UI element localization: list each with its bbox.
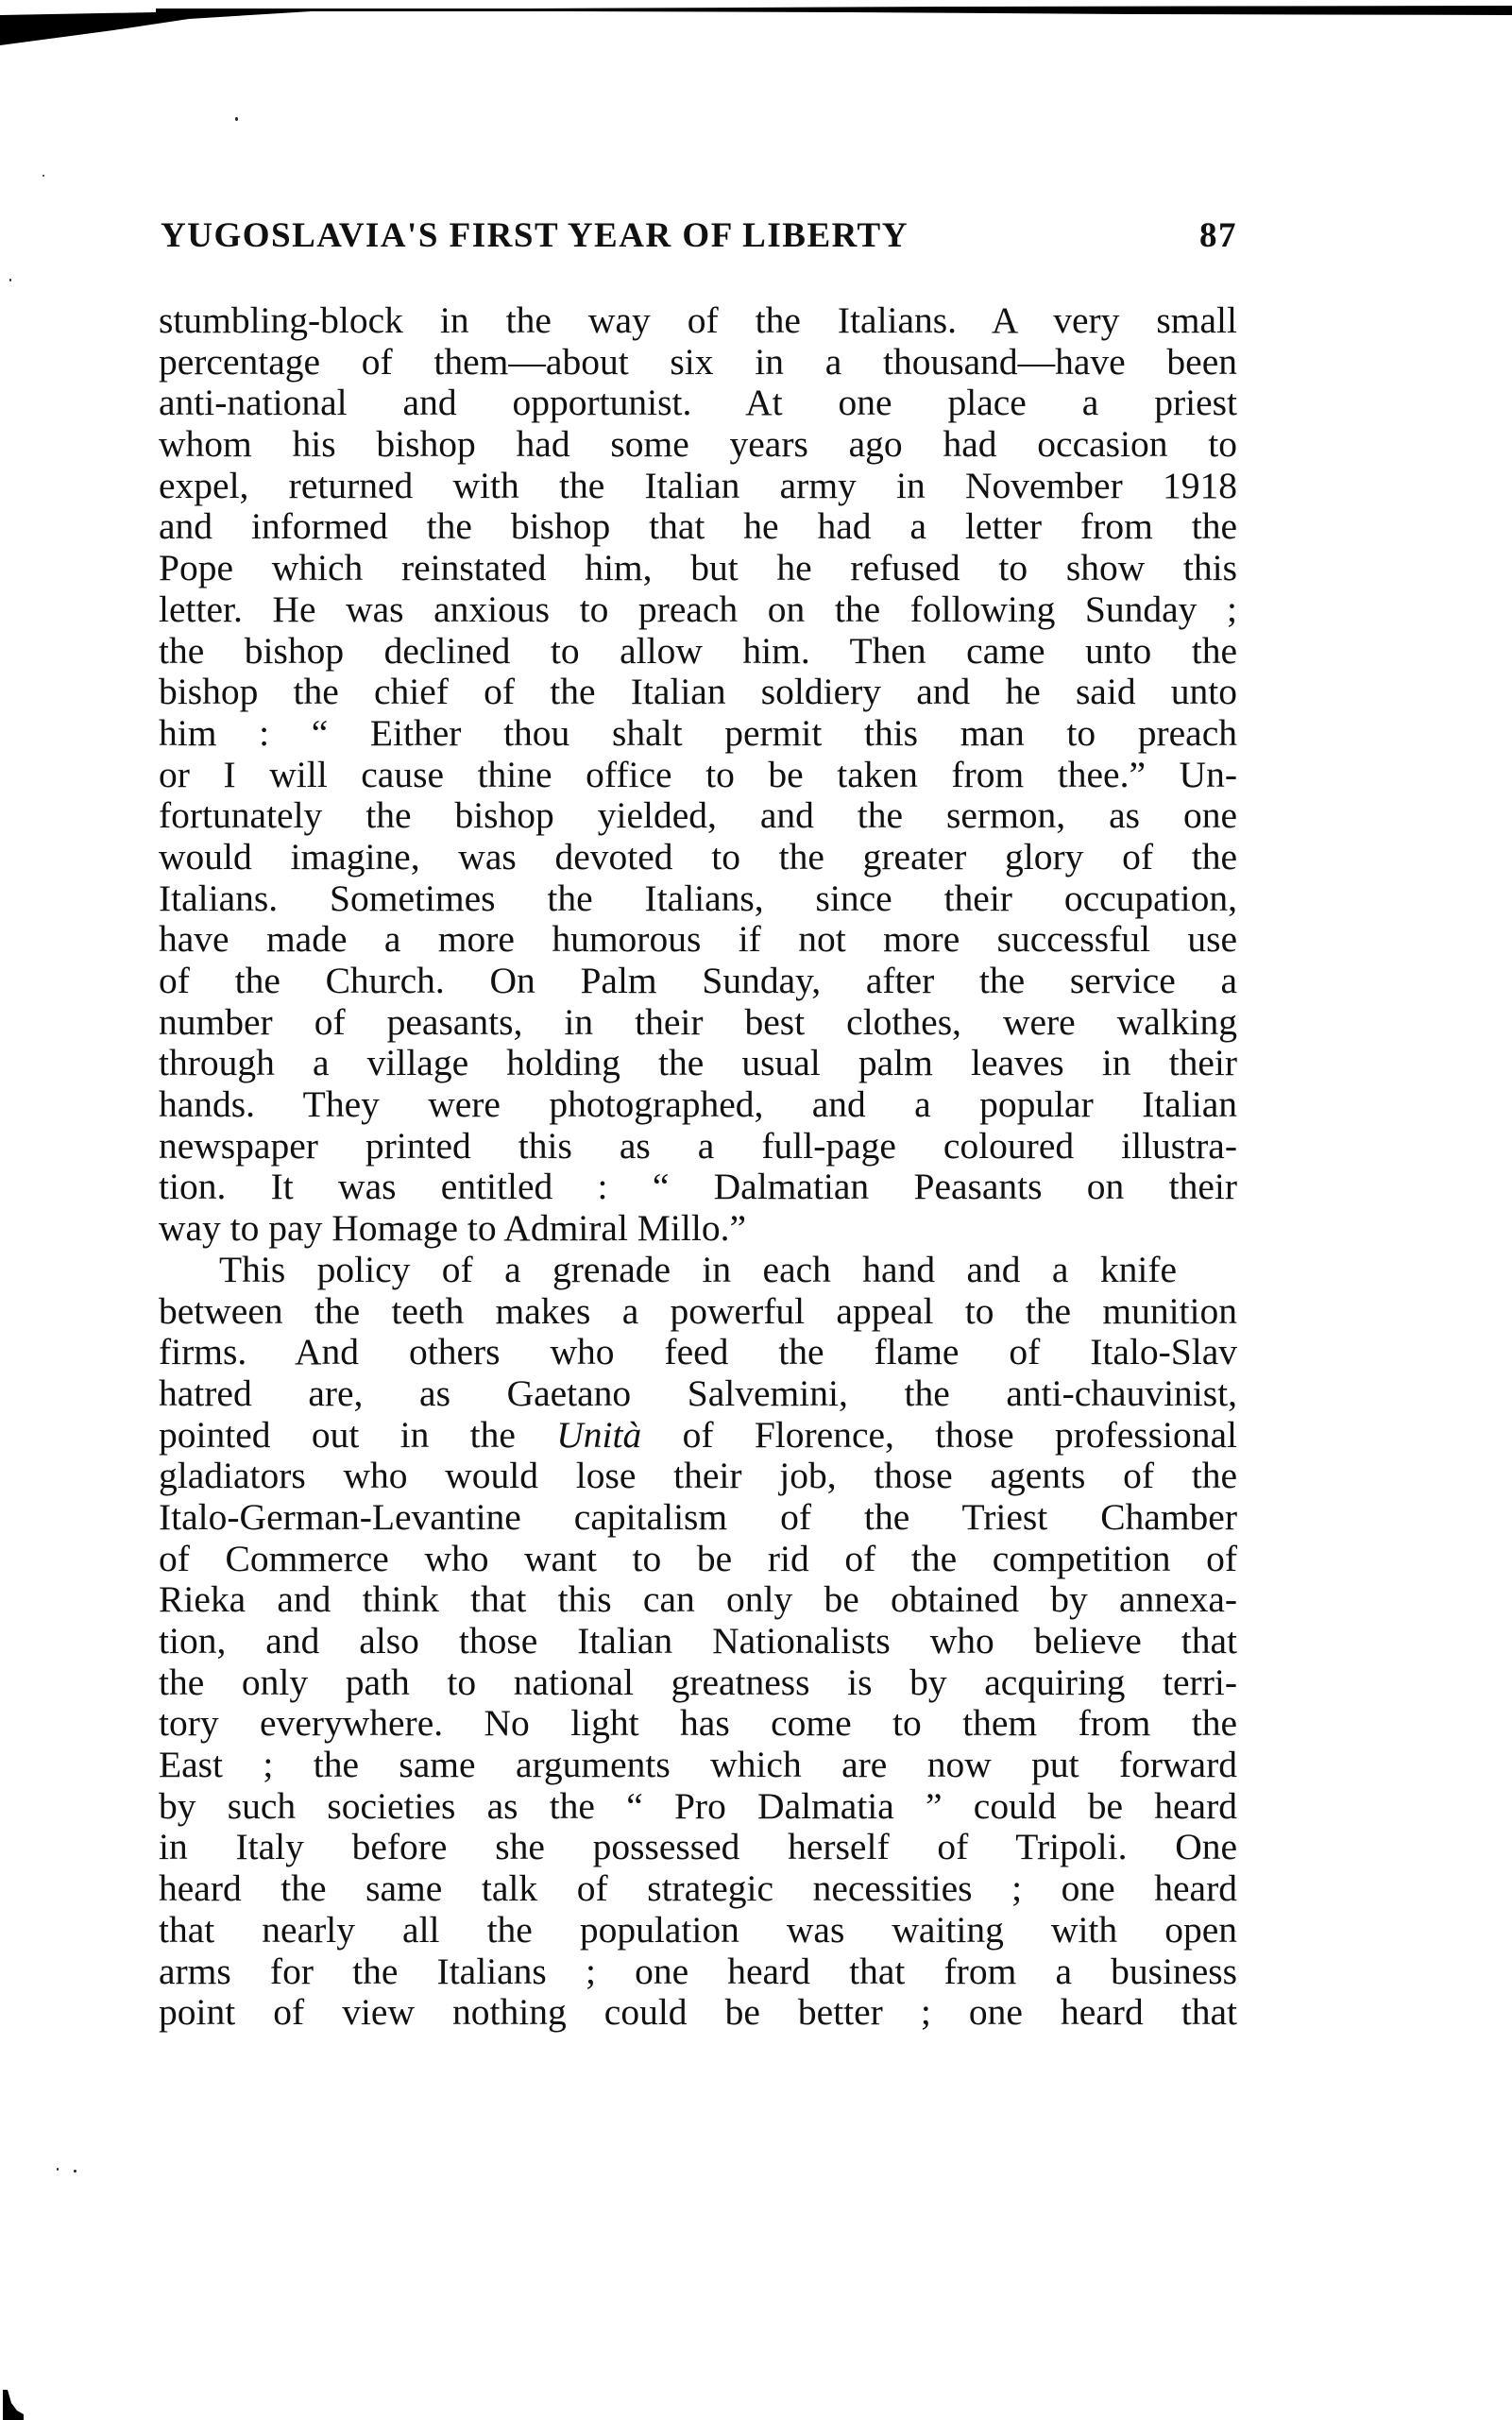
text-line: way to pay Homage to Admiral Millo.”: [159, 1208, 1237, 1250]
scan-shadow-bottom: [0, 2390, 28, 2420]
body-text: stumbling-block in the way of the Italia…: [159, 300, 1237, 2034]
scan-speck: [9, 279, 11, 281]
text-line: letter. He was anxious to preach on the …: [159, 589, 1237, 631]
text-line: have made a more humorous if not more su…: [159, 919, 1237, 961]
text-line: pointed out in the Unità of Florence, th…: [159, 1415, 1237, 1457]
scan-speck: [74, 2170, 76, 2173]
text-line: expel, returned with the Italian army in…: [159, 466, 1237, 507]
text-line: Pope which reinstated him, but he refuse…: [159, 548, 1237, 589]
text-line: gladiators who would lose their job, tho…: [159, 1456, 1237, 1497]
text-line: or I will cause thine office to be taken…: [159, 755, 1237, 796]
text-line: tion. It was entitled : “ Dalmatian Peas…: [159, 1167, 1237, 1208]
text-line: arms for the Italians ; one heard that f…: [159, 1951, 1237, 1993]
text-line: that nearly all the population was waiti…: [159, 1910, 1237, 1951]
text-line: stumbling-block in the way of the Italia…: [159, 300, 1237, 342]
text-line: would imagine, was devoted to the greate…: [159, 837, 1237, 878]
scan-speck: [235, 117, 238, 121]
text-line: Italians. Sometimes the Italians, since …: [159, 878, 1237, 920]
text-line: bishop the chief of the Italian soldiery…: [159, 672, 1237, 713]
running-head: YUGOSLAVIA'S FIRST YEAR OF LIBERTY 87: [161, 215, 1237, 263]
scan-shadow-top: [0, 0, 1512, 47]
text-line: through a village holding the usual palm…: [159, 1043, 1237, 1084]
text-line: in Italy before she possessed herself of…: [159, 1827, 1237, 1868]
text-line: by such societies as the “ Pro Dalmatia …: [159, 1786, 1237, 1828]
page-number: 87: [1199, 215, 1237, 256]
text-line: of the Church. On Palm Sunday, after the…: [159, 961, 1237, 1002]
text-line: fortunately the bishop yielded, and the …: [159, 795, 1237, 837]
text-line: between the teeth makes a powerful appea…: [159, 1291, 1237, 1333]
text-line: heard the same talk of strategic necessi…: [159, 1868, 1237, 1910]
text-line: percentage of them—about six in a thousa…: [159, 342, 1237, 383]
text-line: anti-national and opportunist. At one pl…: [159, 383, 1237, 424]
paragraph: This policy of a grenade in each hand an…: [159, 1250, 1237, 2034]
text-line: hatred are, as Gaetano Salvemini, the an…: [159, 1373, 1237, 1415]
scan-speck: [57, 2168, 59, 2171]
text-line: point of view nothing could be better ; …: [159, 1992, 1237, 2034]
text-line: number of peasants, in their best clothe…: [159, 1002, 1237, 1044]
italic-title: Unità: [556, 1414, 641, 1456]
text-line: whom his bishop had some years ago had o…: [159, 424, 1237, 466]
text-line: newspaper printed this as a full-page co…: [159, 1126, 1237, 1167]
text-line: the bishop declined to allow him. Then c…: [159, 631, 1237, 673]
running-head-title: YUGOSLAVIA'S FIRST YEAR OF LIBERTY: [161, 215, 909, 256]
paragraph: stumbling-block in the way of the Italia…: [159, 300, 1237, 1250]
text-line: This policy of a grenade in each hand an…: [159, 1250, 1237, 1291]
text-line: East ; the same arguments which are now …: [159, 1745, 1237, 1786]
text-line: Rieka and think that this can only be ob…: [159, 1579, 1237, 1621]
text-line: and informed the bishop that he had a le…: [159, 506, 1237, 548]
text-line: of Commerce who want to be rid of the co…: [159, 1539, 1237, 1580]
text-line: hands. They were photographed, and a pop…: [159, 1084, 1237, 1126]
text-line: tory everywhere. No light has come to th…: [159, 1703, 1237, 1745]
text-line: firms. And others who feed the flame of …: [159, 1332, 1237, 1373]
scan-speck: [42, 175, 44, 177]
text-line: Italo-German-Levantine capitalism of the…: [159, 1497, 1237, 1539]
text-line: him : “ Either thou shalt permit this ma…: [159, 713, 1237, 755]
text-line: the only path to national greatness is b…: [159, 1662, 1237, 1704]
text-line: tion, and also those Italian Nationalist…: [159, 1621, 1237, 1662]
